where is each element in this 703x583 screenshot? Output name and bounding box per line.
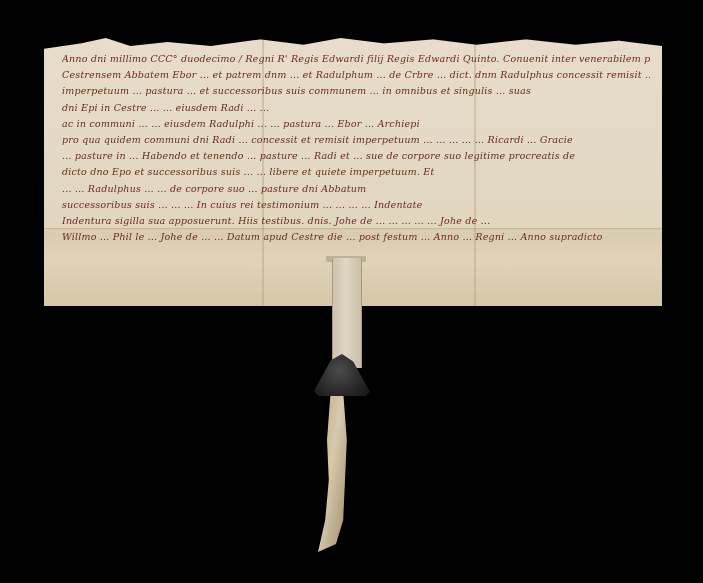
manuscript-text: Anno dni millimo CCC° duodecimo / Regni … bbox=[62, 52, 650, 246]
manuscript-line: Willmo ... Phil le ... Johe de ... ... D… bbox=[62, 230, 650, 246]
manuscript-line: successoribus suis ... ... ... In cuius … bbox=[62, 198, 650, 214]
manuscript-line: dni Epi in Cestre ... ... eiusdem Radi .… bbox=[62, 101, 650, 117]
manuscript-line: Cestrensem Abbatem Ebor ... et patrem dn… bbox=[62, 68, 650, 84]
manuscript-line: pro qua quidem communi dni Radi ... conc… bbox=[62, 133, 650, 149]
manuscript-line: ... ... Radulphus ... ... de corpore suo… bbox=[62, 182, 650, 198]
manuscript-line: Indentura sigilla sua apposuerunt. Hiis … bbox=[62, 214, 650, 230]
manuscript-line: imperpetuum ... pastura ... et successor… bbox=[62, 84, 650, 100]
manuscript-line: Anno dni millimo CCC° duodecimo / Regni … bbox=[62, 52, 650, 68]
manuscript-line: dicto dno Epo et successoribus suis ... … bbox=[62, 165, 650, 181]
seal-tag bbox=[332, 258, 362, 368]
manuscript-line: ac in communi ... ... eiusdem Radulphi .… bbox=[62, 117, 650, 133]
seal-tag-tail bbox=[318, 392, 354, 552]
manuscript-line: ... pasture in ... Habendo et tenendo ..… bbox=[62, 149, 650, 165]
